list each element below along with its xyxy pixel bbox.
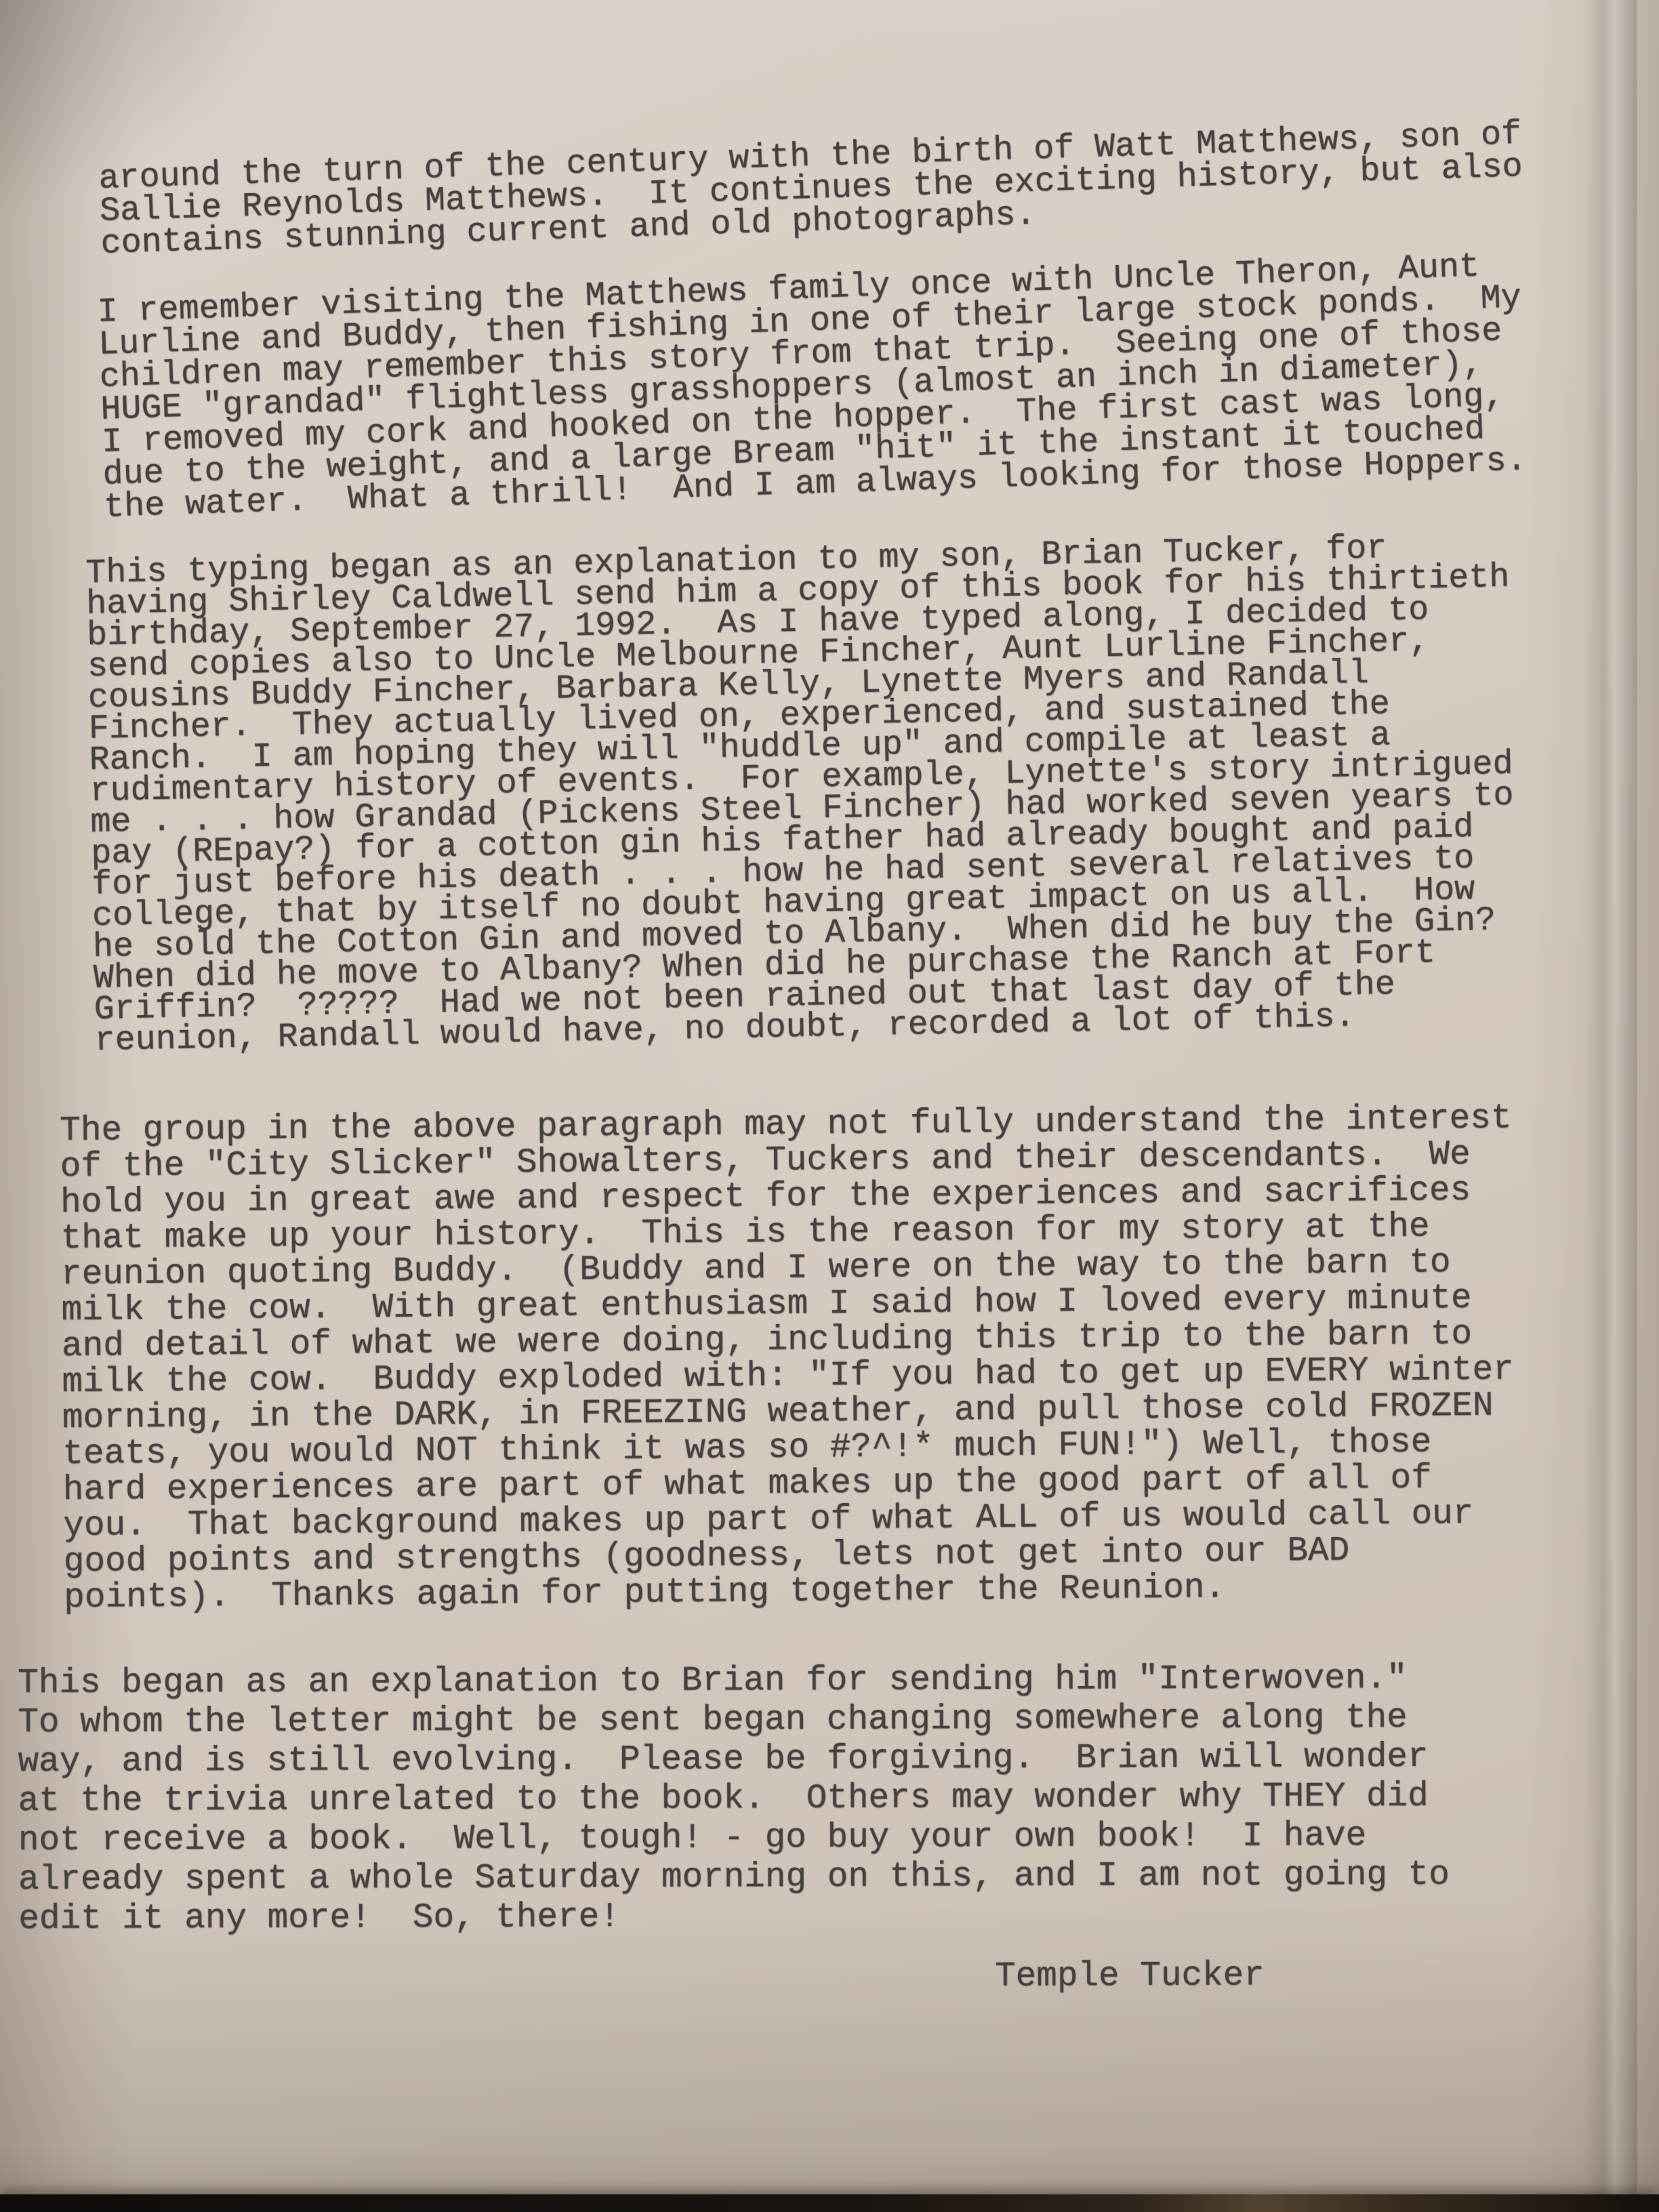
- paper-fold-shading: [1583, 0, 1637, 2194]
- letter-line: way, and is still evolving. Please be fo…: [18, 1738, 1449, 1782]
- letter-paragraph-1: around the turn of the century with the …: [98, 119, 1524, 261]
- letter-line: not receive a book. Well, tough! - go bu…: [18, 1817, 1450, 1861]
- letter-line: already spent a whole Saturday morning o…: [18, 1856, 1450, 1900]
- letter-line: edit it any more! So, there!: [18, 1896, 1450, 1940]
- letter-paragraph-5: This began as an explanation to Brian fo…: [18, 1660, 1450, 1940]
- letter-paragraph-4: The group in the above paragraph may not…: [60, 1101, 1516, 1616]
- photo-bottom-table-edge: [0, 2194, 1659, 2212]
- signature-name: Temple Tucker: [995, 1957, 1265, 1996]
- letter-paper: around the turn of the century with the …: [0, 0, 1659, 2212]
- letter-line: To whom the letter might be sent began c…: [18, 1699, 1449, 1743]
- letter-photo: around the turn of the century with the …: [0, 0, 1659, 2212]
- letter-line: at the trivia unrelated to the book. Oth…: [18, 1778, 1450, 1822]
- letter-line: This began as an explanation to Brian fo…: [18, 1660, 1449, 1704]
- letter-paragraph-2: I remember visiting the Matthews family …: [97, 249, 1527, 524]
- letter-paragraph-3: This typing began as an explanation to m…: [85, 531, 1518, 1057]
